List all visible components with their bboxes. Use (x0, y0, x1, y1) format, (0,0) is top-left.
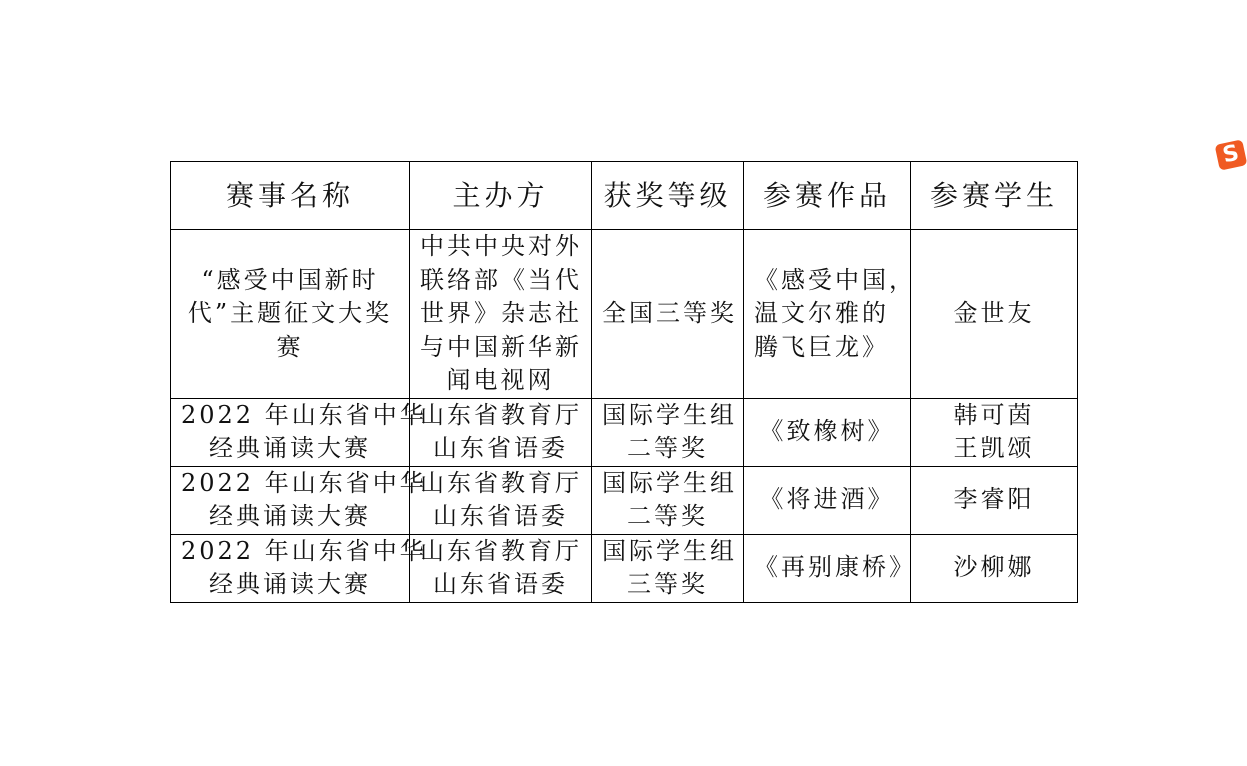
awards-table: 赛事名称 主办方 获奖等级 参赛作品 参赛学生 “感受中国新时 代”主题征文大奖… (170, 161, 1078, 603)
cell-event: 2022 年山东省中华 经典诵读大赛 (171, 398, 410, 466)
cell-award: 国际学生组 二等奖 (592, 466, 744, 534)
cell-award: 国际学生组 三等奖 (592, 534, 744, 602)
cell-work: 《致橡树》 (744, 398, 911, 466)
sogou-ime-icon[interactable]: S (1215, 139, 1247, 170)
table-row: 2022 年山东省中华 经典诵读大赛 山东省教育厅 山东省语委 国际学生组 三等… (171, 534, 1078, 602)
cell-work: 《将进酒》 (744, 466, 911, 534)
header-event-name: 赛事名称 (171, 162, 410, 230)
cell-organizer: 山东省教育厅 山东省语委 (410, 534, 592, 602)
cell-event: 2022 年山东省中华 经典诵读大赛 (171, 466, 410, 534)
cell-students: 韩可茵 王凯颂 (911, 398, 1078, 466)
cell-students: 李睿阳 (911, 466, 1078, 534)
cell-students: 沙柳娜 (911, 534, 1078, 602)
table-row: “感受中国新时 代”主题征文大奖 赛 中共中央对外 联络部《当代 世界》杂志社 … (171, 230, 1078, 399)
header-row: 赛事名称 主办方 获奖等级 参赛作品 参赛学生 (171, 162, 1078, 230)
cell-work: 《感受中国， 温文尔雅的 腾飞巨龙》 (744, 230, 911, 399)
table-row: 2022 年山东省中华 经典诵读大赛 山东省教育厅 山东省语委 国际学生组 二等… (171, 466, 1078, 534)
cell-award: 国际学生组 二等奖 (592, 398, 744, 466)
table-row: 2022 年山东省中华 经典诵读大赛 山东省教育厅 山东省语委 国际学生组 二等… (171, 398, 1078, 466)
cell-organizer: 中共中央对外 联络部《当代 世界》杂志社 与中国新华新 闻电视网 (410, 230, 592, 399)
header-students: 参赛学生 (911, 162, 1078, 230)
cell-students: 金世友 (911, 230, 1078, 399)
cell-organizer: 山东省教育厅 山东省语委 (410, 398, 592, 466)
cell-event: “感受中国新时 代”主题征文大奖 赛 (171, 230, 410, 399)
header-organizer: 主办方 (410, 162, 592, 230)
header-entry-work: 参赛作品 (744, 162, 911, 230)
cell-event: 2022 年山东省中华 经典诵读大赛 (171, 534, 410, 602)
header-award-level: 获奖等级 (592, 162, 744, 230)
cell-award: 全国三等奖 (592, 230, 744, 399)
cell-work: 《再别康桥》 (744, 534, 911, 602)
cell-organizer: 山东省教育厅 山东省语委 (410, 466, 592, 534)
